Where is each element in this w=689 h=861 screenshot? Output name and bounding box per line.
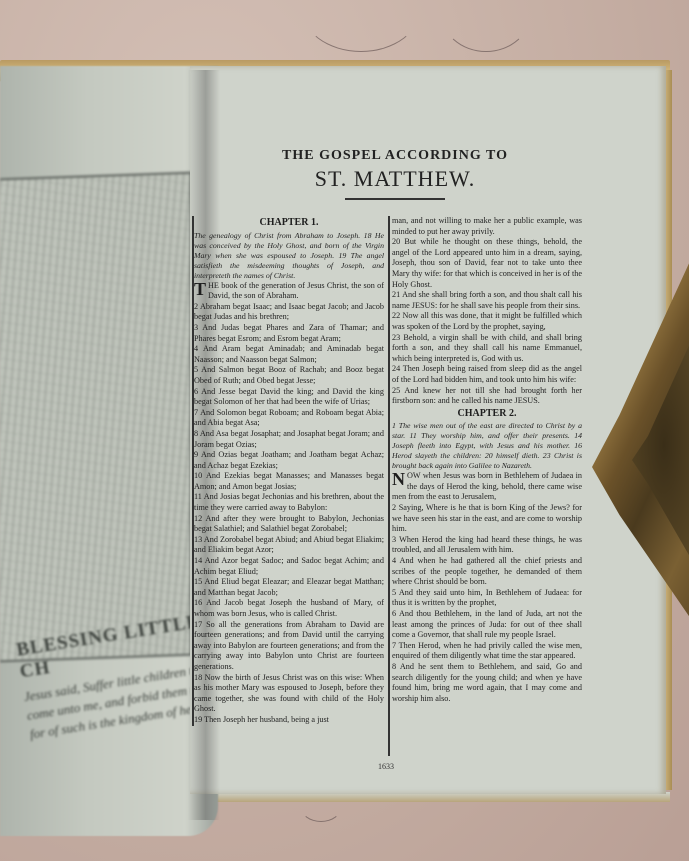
verse: 11 And Josias begat Jechonias and his br… <box>194 492 384 513</box>
verse: 13 And Zorobabel begat Abiud; and Abiud … <box>194 535 384 556</box>
verse: 3 And Judas begat Phares and Zara of Tha… <box>194 323 384 344</box>
verse: 24 Then Joseph being raised from sleep d… <box>392 364 582 385</box>
verse: 16 And Jacob begat Joseph the husband of… <box>194 598 384 619</box>
drop-cap: N <box>392 471 405 487</box>
verse: 2 Abraham begat Isaac; and Isaac begat J… <box>194 302 384 323</box>
verse: 15 And Eliud begat Eleazar; and Eleazar … <box>194 577 384 598</box>
brass-clasp <box>592 235 689 635</box>
chapter-summary: The genealogy of Christ from Abraham to … <box>194 231 384 281</box>
verse: 20 But while he thought on these things,… <box>392 237 582 290</box>
verse: 6 And Jesse begat David the king; and Da… <box>194 387 384 408</box>
header-title: ST. MATTHEW. <box>230 166 560 192</box>
verse: HE book of the generation of Jesus Chris… <box>208 281 384 301</box>
verse: 4 And Aram begat Aminadab; and Aminadab … <box>194 344 384 365</box>
verse: 23 Behold, a virgin shall be with child,… <box>392 333 582 365</box>
chapter-heading: CHAPTER 2. <box>392 409 582 420</box>
verse: 14 And Azor begat Sadoc; and Sadoc begat… <box>194 556 384 577</box>
verse: 8 And Asa begat Josaphat; and Josaphat b… <box>194 429 384 450</box>
verse: 10 And Ezekias begat Manasses; and Manas… <box>194 471 384 492</box>
verse: 3 When Herod the king had heard these th… <box>392 535 582 556</box>
verse: 9 And Ozias begat Joatham; and Joatham b… <box>194 450 384 471</box>
verse: 21 And she shall bring forth a son, and … <box>392 290 582 311</box>
verse: OW when Jesus was born in Bethlehem of J… <box>392 471 582 501</box>
text-column-1: CHAPTER 1. The genealogy of Christ from … <box>194 216 384 726</box>
verse: 6 And thou Bethlehem, in the land of Jud… <box>392 609 582 641</box>
verse: 7 And Solomon begat Roboam; and Roboam b… <box>194 408 384 429</box>
verse: 18 Now the birth of Jesus Christ was on … <box>194 673 384 715</box>
verse: 7 Then Herod, when he had privily called… <box>392 641 582 662</box>
verse: 4 And when he had gathered all the chief… <box>392 556 582 588</box>
verse: man, and not willing to make her a publi… <box>392 216 582 237</box>
verse: 22 Now all this was done, that it might … <box>392 311 582 332</box>
verse: 25 And knew her not till she had brought… <box>392 386 582 407</box>
verse: 17 So all the generations from Abraham t… <box>194 620 384 673</box>
text-column-2: man, and not willing to make her a publi… <box>392 216 582 704</box>
verse: 5 And Salmon begat Booz of Rachab; and B… <box>194 365 384 386</box>
verse: 19 Then Joseph her husband, being a just <box>194 715 384 726</box>
header-pre: THE GOSPEL ACCORDING TO <box>230 148 560 164</box>
verse: 2 Saying, Where is he that is born King … <box>392 503 582 535</box>
drop-cap: T <box>194 281 206 297</box>
chapter-heading: CHAPTER 1. <box>194 218 384 229</box>
page-number: 1633 <box>378 762 394 771</box>
verse: 12 And after they were brought to Babylo… <box>194 514 384 535</box>
chapter-summary: 1 The wise men out of the east are direc… <box>392 421 582 471</box>
engraving-illustration <box>0 172 192 663</box>
page-header: THE GOSPEL ACCORDING TO ST. MATTHEW. <box>230 148 560 200</box>
verse: 8 And he sent them to Bethlehem, and sai… <box>392 662 582 704</box>
header-rule <box>345 198 445 200</box>
verse: 5 And they said unto him, In Bethlehem o… <box>392 588 582 609</box>
column-divider <box>388 216 390 756</box>
